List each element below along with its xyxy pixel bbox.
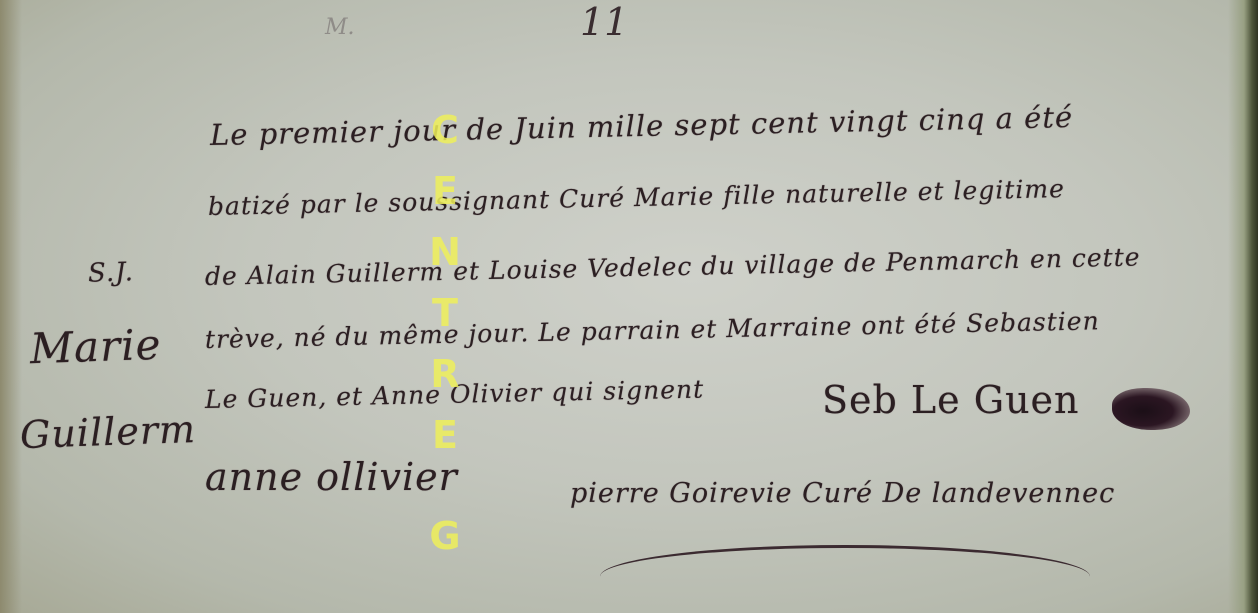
- record-line-1: Le premier jour de Juin mille sept cent …: [210, 100, 1074, 152]
- faint-corner-mark: M.: [325, 15, 355, 40]
- record-line-4: trève, né du même jour. Le parrain et Ma…: [205, 306, 1100, 354]
- watermark-letter: T: [432, 283, 458, 344]
- watermark-letter: R: [430, 344, 459, 405]
- watermark-letter: E: [432, 405, 458, 466]
- margin-note-surname: Guillerm: [19, 407, 196, 457]
- signature-curate: pierre Goirevie Curé De landevennec: [570, 478, 1115, 509]
- signature-godfather: Seb Le Guen: [822, 378, 1080, 422]
- register-page: M. 11 S.J. Marie Guillerm Le premier jou…: [0, 0, 1258, 613]
- next-entry-edge: [0, 598, 1258, 613]
- record-line-3: de Alain Guillerm et Louise Vedelec du v…: [205, 242, 1141, 291]
- ink-blot: [1112, 388, 1190, 430]
- watermark-letter: G: [429, 506, 460, 567]
- page-number-mark: 11: [580, 0, 628, 44]
- watermark-letter: C: [431, 100, 459, 161]
- margin-note-first-name: Marie: [29, 320, 162, 374]
- watermark: C E N T R E G: [425, 100, 465, 567]
- watermark-letter: N: [429, 222, 461, 283]
- signature-godmother: anne ollivier: [205, 455, 458, 499]
- record-line-2: batizé par le soussignant Curé Marie fil…: [208, 174, 1065, 221]
- watermark-letter: E: [432, 161, 458, 222]
- margin-note-initials: S.J.: [87, 257, 134, 289]
